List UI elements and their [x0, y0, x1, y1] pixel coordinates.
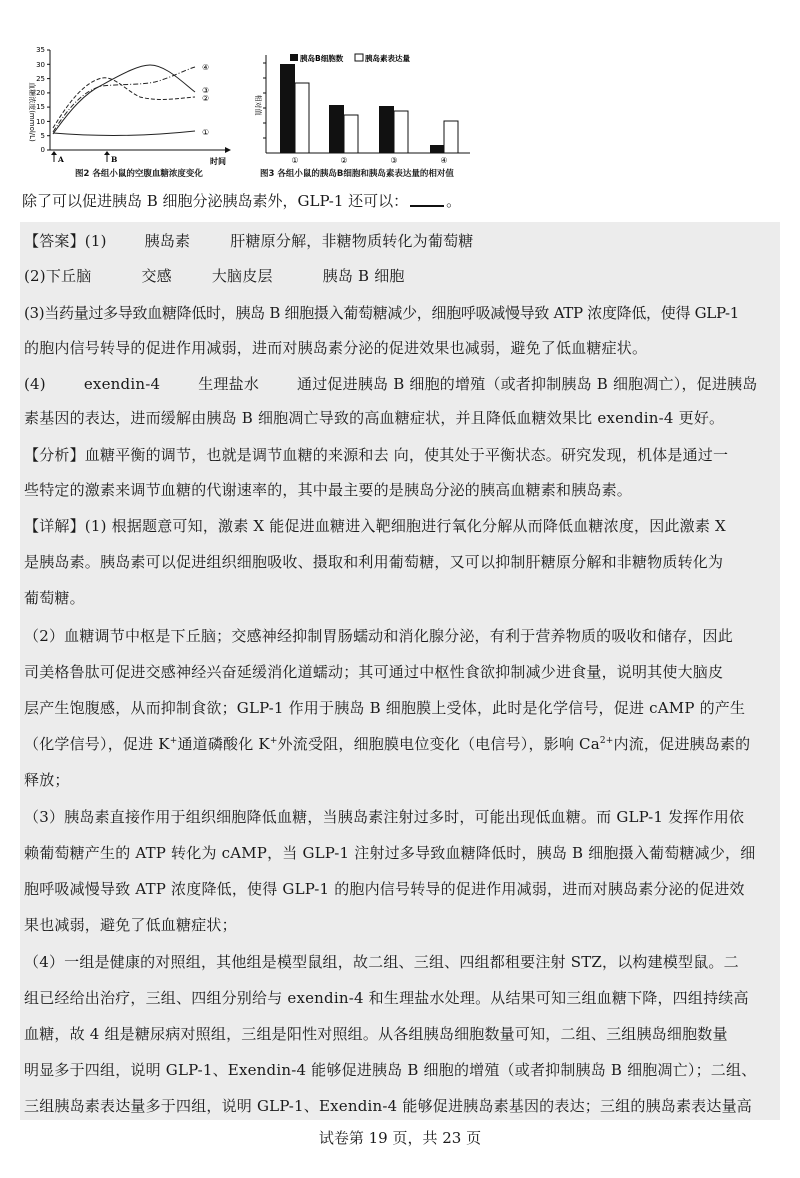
answer-blank [410, 191, 444, 207]
svg-text:③: ③ [390, 156, 397, 165]
svg-text:④: ④ [202, 63, 209, 72]
answer-line-2: (2)下丘脑交感大脑皮层胰岛 B 细胞 [24, 265, 405, 286]
detail-2-line-2: 司美格鲁肽可促进交感神经兴奋延缓消化道蠕动；其可通过中枢性食欲抑制减少进食量，说… [24, 661, 723, 682]
answer-2b: 交感 [141, 267, 171, 285]
line-chart-svg: 血糖浓度(mmol/L) 0 5 10 15 20 25 30 35 [20, 40, 235, 170]
detail-2-4c: 外流受阻，细胞膜电位变化（电信号），影响 Ca [278, 735, 600, 753]
detail-1-line-2: 是胰岛素。胰岛素可以促进组织细胞吸收、摄取和利用葡萄糖，又可以抑制肝糖原分解和非… [24, 551, 723, 572]
detail-2-line-4: （化学信号），促进 K+通道磷酸化 K+外流受阻，细胞膜电位变化（电信号），影响… [24, 733, 750, 754]
svg-text:35: 35 [36, 46, 45, 54]
svg-text:B: B [111, 155, 117, 164]
svg-text:时间: 时间 [210, 156, 226, 166]
answer-label: 【答案】(1) [24, 232, 107, 250]
answer-4b: exendin-4 [84, 375, 160, 393]
bar-chart-svg: 相对值 胰岛B细胞数 胰岛素表达量 [242, 50, 482, 165]
svg-text:①: ① [291, 156, 298, 165]
svg-text:20: 20 [36, 89, 45, 97]
answer-2c: 大脑皮层 [212, 267, 273, 285]
superscript-plus: + [270, 736, 278, 746]
question-text: 除了可以促进胰岛 B 细胞分泌胰岛素外，GLP-1 还可以：。 [22, 190, 461, 211]
svg-text:10: 10 [36, 118, 45, 126]
answer-1a: 胰岛素 [145, 232, 191, 250]
detail-3-line-3: 胞呼吸减慢导致 ATP 浓度降低，使得 GLP-1 的胞内信号转导的促进作用减弱… [24, 878, 745, 899]
svg-text:②: ② [340, 156, 347, 165]
detail-4-line-4: 明显多于四组，说明 GLP-1、Exendin-4 能够促进胰岛 B 细胞的增殖… [24, 1059, 756, 1080]
detail-2-4b: 通道磷酸化 K [177, 735, 269, 753]
detail-2-line-5: 释放； [24, 769, 70, 790]
question-end: 。 [446, 192, 461, 210]
answer-1b: 肝糖原分解，非糖物质转化为葡萄糖 [230, 232, 473, 250]
detail-1-line-1: 【详解】(1) 根据题意可知，激素 X 能促进血糖进入靶细胞进行氧化分解从而降低… [24, 515, 726, 536]
detail-3-line-2: 赖葡萄糖产生的 ATP 转化为 cAMP，当 GLP-1 注射过多导致血糖降低时… [24, 842, 755, 863]
svg-text:5: 5 [41, 132, 45, 140]
detail-2-line-3: 层产生饱腹感，从而抑制食欲；GLP-1 作用于胰岛 B 细胞膜上受体，此时是化学… [24, 697, 745, 718]
svg-text:15: 15 [36, 103, 45, 111]
svg-text:④: ④ [440, 156, 447, 165]
answer-2a: (2)下丘脑 [24, 267, 91, 285]
analysis-line-1: 【分析】血糖平衡的调节，也就是调节血糖的来源和去 向，使其处于平衡状态。研究发现… [24, 444, 728, 465]
svg-text:0: 0 [41, 146, 45, 154]
question-stem: 除了可以促进胰岛 B 细胞分泌胰岛素外，GLP-1 还可以： [22, 192, 408, 210]
answer-line-3: (3)当药量过多导致血糖降低时，胰岛 B 细胞摄入葡萄糖减少，细胞呼吸减慢导致 … [24, 302, 739, 323]
answer-line-4: 的胞内信号转导的促进作用减弱，进而对胰岛素分泌的促进效果也减弱，避免了低血糖症状… [24, 337, 647, 358]
figures-area: 血糖浓度(mmol/L) 0 5 10 15 20 25 30 35 [20, 40, 480, 180]
answer-4d: 通过促进胰岛 B 细胞的增殖（或者抑制胰岛 B 细胞凋亡），促进胰岛 [297, 375, 757, 393]
figure-3-bar-chart: 相对值 胰岛B细胞数 胰岛素表达量 [242, 50, 482, 180]
svg-text:30: 30 [36, 61, 45, 69]
svg-text:相对值: 相对值 [254, 95, 263, 116]
svg-text:①: ① [202, 128, 209, 137]
detail-4-line-1: （4）一组是健康的对照组，其他组是模型鼠组，故二组、三组、四组都租要注射 STZ… [24, 951, 739, 972]
figure-3-caption: 图3 各组小鼠的胰岛B细胞和胰岛素表达量的相对值 [260, 167, 454, 179]
svg-text:胰岛素表达量: 胰岛素表达量 [365, 53, 410, 63]
answer-4c: 生理盐水 [198, 375, 259, 393]
detail-2-4a: （化学信号），促进 K [24, 735, 170, 753]
svg-text:胰岛B细胞数: 胰岛B细胞数 [300, 53, 344, 63]
answer-2d: 胰岛 B 细胞 [323, 267, 405, 285]
answer-line-5: (4)exendin-4生理盐水通过促进胰岛 B 细胞的增殖（或者抑制胰岛 B … [24, 373, 757, 394]
analysis-line-2: 些特定的激素来调节血糖的代谢速率的，其中最主要的是胰岛分泌的胰高血糖素和胰岛素。 [24, 479, 632, 500]
detail-2-line-1: （2）血糖调节中枢是下丘脑；交感神经抑制胃肠蠕动和消化腺分泌，有利于营养物质的吸… [24, 625, 733, 646]
page-footer: 试卷第 19 页，共 23 页 [0, 1127, 800, 1148]
answer-line-1: 【答案】(1)胰岛素肝糖原分解，非糖物质转化为葡萄糖 [24, 230, 473, 251]
detail-4-line-3: 血糖，故 4 组是糖尿病对照组，三组是阳性对照组。从各组胰岛细胞数量可知，二组、… [24, 1023, 728, 1044]
detail-3-line-4: 果也减弱，避免了低血糖症状； [24, 914, 237, 935]
detail-1-line-3: 葡萄糖。 [24, 587, 85, 608]
svg-text:A: A [57, 155, 64, 164]
answer-section: 【答案】(1)胰岛素肝糖原分解，非糖物质转化为葡萄糖 (2)下丘脑交感大脑皮层胰… [20, 222, 780, 1120]
superscript-2plus: 2+ [600, 736, 614, 746]
figure-2-line-chart: 血糖浓度(mmol/L) 0 5 10 15 20 25 30 35 [20, 40, 235, 180]
detail-4-line-2: 组已经给出治疗，三组、四组分别给与 exendin-4 和生理盐水处理。从结果可… [24, 987, 749, 1008]
detail-3-line-1: （3）胰岛素直接作用于组织细胞降低血糖，当胰岛素注射过多时，可能出现低血糖。而 … [24, 806, 744, 827]
svg-text:25: 25 [36, 75, 45, 83]
figure-2-caption: 图2 各组小鼠的空腹血糖浓度变化 [75, 167, 203, 179]
answer-4a: (4) [24, 375, 46, 393]
detail-2-4d: 内流，促进胰岛素的 [614, 735, 751, 753]
answer-line-6: 素基因的表达，进而缓解由胰岛 B 细胞凋亡导致的高血糖症状，并且降低血糖效果比 … [24, 407, 724, 428]
svg-text:②: ② [202, 94, 209, 103]
detail-4-line-5: 三组胰岛素表达量多于四组，说明 GLP-1、Exendin-4 能够促进胰岛素基… [24, 1095, 752, 1116]
